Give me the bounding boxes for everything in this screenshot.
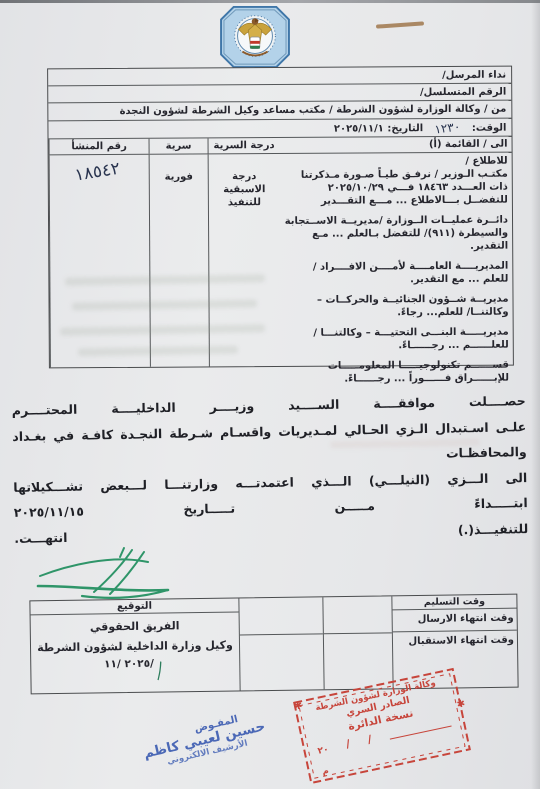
priority-degree-cell: درجة الاسبقية للتنفيذ: [208, 154, 281, 366]
priority-line: الاسبقية: [213, 183, 276, 196]
table-body-row: للاطلاع / مكتـب الـوزير / نرفـق طيـاً صـ…: [49, 153, 513, 368]
approval-line: علـى اسـتبدال الـزي الحـالي لمـديريات وا…: [12, 414, 527, 475]
handwritten-day-digit: ١: [152, 657, 166, 687]
secrecy-value-cell: سرية: [149, 138, 208, 153]
secrecy-degree-header: درجة السرية: [208, 138, 280, 153]
pen-mark-artifact: [376, 21, 424, 28]
to-list-header: الى / القائمة (أ): [280, 137, 512, 153]
signature-date-line: ٢٠٢٥ /١١/ ١: [31, 656, 239, 673]
signature-label: التوقيع: [30, 598, 238, 615]
body-paragraph: المديريــــة العامــــة لأمــــن الافـــ…: [284, 260, 508, 287]
distribution-body-cell: للاطلاع / مكتـب الـوزير / نرفـق طيـاً صـ…: [280, 153, 513, 366]
times-value-column: [322, 596, 392, 689]
date-slash: /: [366, 733, 373, 747]
body-paragraph: دائــرة عمليــات الــوزارة /مديريــة الا…: [284, 214, 508, 254]
handwritten-time-value: ١٢٣٠: [434, 120, 461, 136]
date-slash: /: [345, 737, 352, 751]
origin-number-header: رقم المنشأ: [49, 139, 149, 155]
time-label: الوقت:: [472, 123, 507, 134]
send-end-time-label: وقت انتهاء الارسال: [393, 609, 517, 633]
priority-line: درجة: [213, 170, 276, 183]
sender-call-label: نداء المرسل/: [442, 70, 506, 81]
blue-ink-stamp: المفـوض حسين لعيبي كاظم الأرشيف الالكترو…: [110, 702, 298, 779]
times-value-column: [238, 597, 323, 690]
priority-value-cell: فورية: [149, 154, 209, 366]
signer-rank: الفريق الحقوقي: [31, 618, 239, 634]
body-paragraph: مديريــة شــؤون الجنائيــة والحركــات – …: [284, 293, 508, 320]
scan-shadow: [531, 0, 540, 789]
date-value: ٢٠٢٥/١١/١: [334, 123, 384, 134]
receive-end-time-label: وقت انتهاء الاستقبال: [393, 631, 517, 654]
body-paragraph: مكتـب الـوزير / نرفـق طيـاً صـورة مـذكرت…: [284, 168, 508, 208]
approval-paragraph: حصــــلت موافقــــة الســــيد وزيــــر ا…: [12, 388, 529, 551]
scan-edge-artifact: [0, 0, 540, 3]
from-line: من / وكالة الوزارة لشؤون الشرطة / مكتب م…: [120, 104, 507, 117]
scanned-document-page: نداء المرسل/ الرقم المتسلسل/ من / وكالة …: [0, 0, 540, 789]
signature-cell: التوقيع الفريق الحقوقي وكيل وزارة الداخل…: [30, 598, 239, 693]
signer-title: وكيل وزارة الداخلية لشؤون الشرطة: [31, 638, 239, 654]
iraq-police-emblem-icon: [218, 5, 292, 69]
date-label: التاريخ:: [387, 123, 423, 134]
body-paragraph: قســــــم تكنولوجيـــــا المعلومـــــات …: [285, 359, 509, 386]
body-paragraph: مديريـــــة البنـــى التحتيـــة – وكالتن…: [285, 326, 509, 353]
telegram-form-table: نداء المرسل/ الرقم المتسلسل/ من / وكالة …: [47, 66, 514, 369]
serial-number-label: الرقم المتسلسل/: [420, 87, 506, 99]
handwritten-origin-number: ١٨٥٤٢: [74, 162, 121, 182]
priority-line: للتنفيذ: [213, 196, 276, 209]
printed-date-part: ٢٠٢٥ /١١/: [104, 658, 154, 671]
